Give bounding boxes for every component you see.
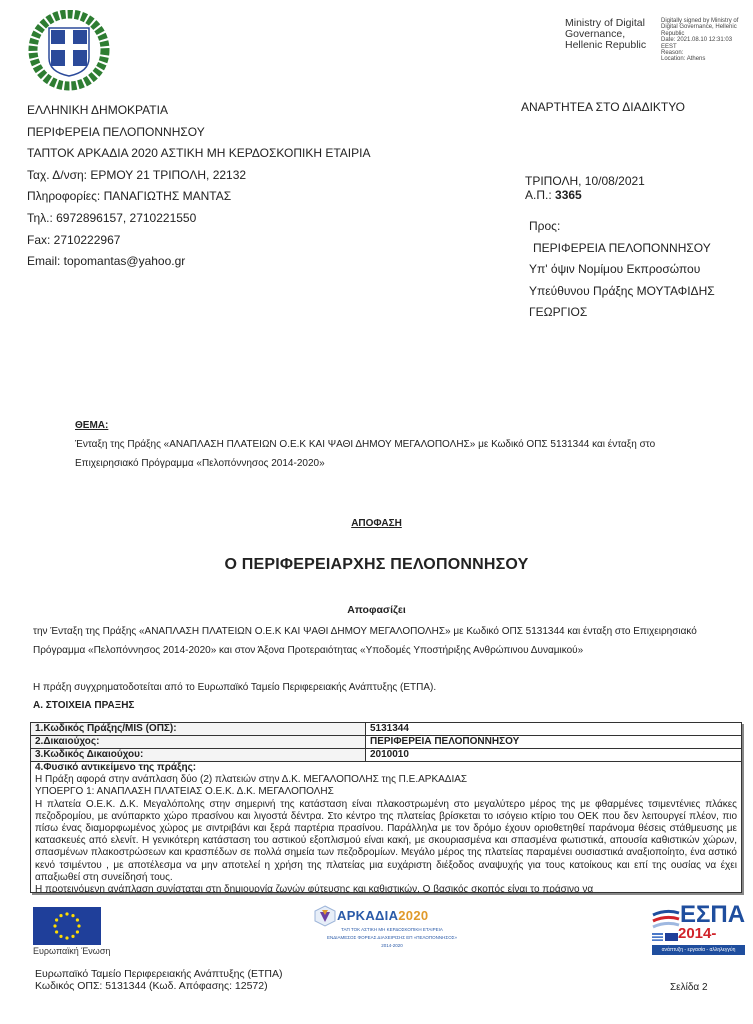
table-row: 2.Δικαιούχος: ΠΕΡΙΦΕΡΕΙΑ ΠΕΛΟΠΟΝΝΗΣΟΥ [31,736,741,749]
organization-line: ΤΑΠΤΟΚ ΑΡΚΑΔΙΑ 2020 ΑΣΤΙΚΗ ΜΗ ΚΕΡΔΟΣΚΟΠΙ… [27,143,370,165]
sender-letterhead: ΕΛΛΗΝΙΚΗ ΔΗΜΟΚΡΑΤΙΑ ΠΕΡΙΦΕΡΕΙΑ ΠΕΛΟΠΟΝΝΗ… [27,100,370,273]
eu-label: Ευρωπαϊκή Ένωση [33,946,110,956]
code-line: Κωδικός ΟΠΣ: 5131344 (Κωδ. Απόφασης: 125… [35,980,283,992]
cofunding-note: Η πράξη συγχρηματοδοτείται από το Ευρωπα… [33,682,436,693]
page-number: Σελίδα 2 [670,982,708,993]
digital-signature: Ministry of Digital Governance, Hellenic… [565,18,753,63]
fund-line: Ευρωπαϊκό Ταμείο Περιφερειακής Ανάπτυξης… [35,968,283,980]
protocol-number: 3365 [555,188,582,202]
table-row: 3.Κωδικός Δικαιούχου: 2010010 [31,749,741,762]
posting-note: ΑΝΑΡΤΗΤΕΑ ΣΤΟ ΔΙΑΔΙΚΤΥΟ [521,100,685,114]
signer-name: Ministry of Digital Governance, Hellenic… [565,18,655,63]
email-line: Email: topomantas@yahoo.gr [27,251,370,273]
eu-flag-icon [33,907,101,945]
row-value: 2010010 [366,749,741,761]
recipient-line: Υπ' όψιν Νομίμου Εκπροσώπου [529,259,715,281]
object-line: Η Πράξη αφορά στην ανάπλαση δύο (2) πλατ… [35,774,737,786]
section-a-heading: Α. ΣΤΟΙΧΕΙΑ ΠΡΑΞΗΣ [33,700,134,711]
decides-label: Αποφασίζει [0,604,753,616]
recipient-block: Προς: ΠΕΡΙΦΕΡΕΙΑ ΠΕΛΟΠΟΝΝΗΣΟΥ Υπ' όψιν Ν… [529,216,715,324]
table-row: 1.Κωδικός Πράξης/MIS (ΟΠΣ): 5131344 [31,723,741,736]
arkadia-mark-icon [314,905,336,927]
row-key: 2.Δικαιούχος: [31,736,366,748]
fax-line: Fax: 2710222967 [27,230,370,252]
phone-line: Τηλ.: 6972896157, 2710221550 [27,208,370,230]
recipient-line: ΓΕΩΡΓΙΟΣ [529,302,715,324]
address-line: Ταχ. Δ/νση: ΕΡΜΟΥ 21 ΤΡΙΠΟΛΗ, 22132 [27,165,370,187]
protocol-number-line: Α.Π.: 3365 [525,188,645,202]
signature-details: Digitally signed by Ministry of Digital … [661,18,753,63]
recipient-line: ΠΕΡΙΦΕΡΕΙΑ ΠΕΛΟΠΟΝΝΗΣΟΥ [529,238,715,260]
decision-body: την Ένταξη της Πράξης «ΑΝΑΠΛΑΣΗ ΠΛΑΤΕΙΩΝ… [33,622,738,660]
decision-authority: Ο ΠΕΡΙΦΕΡΕΙΑΡΧΗΣ ΠΕΛΟΠΟΝΝΗΣΟΥ [0,556,753,574]
recipient-label: Προς: [529,216,715,238]
contact-person-line: Πληροφορίες: ΠΑΝΑΓΙΩΤΗΣ ΜΑΝΤΑΣ [27,186,370,208]
row-key: 3.Κωδικός Δικαιούχου: [31,749,366,761]
espa-swoosh-icon [652,909,680,931]
footer-fund-info: Ευρωπαϊκό Ταμείο Περιφερειακής Ανάπτυξης… [35,968,283,992]
country-line: ΕΛΛΗΝΙΚΗ ΔΗΜΟΚΡΑΤΙΑ [27,100,370,122]
row-value: ΠΕΡΙΦΕΡΕΙΑ ΠΕΛΟΠΟΝΝΗΣΟΥ [366,736,741,748]
row-value: 5131344 [366,723,741,735]
object-heading: 4.Φυσικό αντικείμενο της πράξης: [35,762,737,774]
object-line: Η πλατεία Ο.Ε.Κ. Δ.Κ. Μεγαλόπολης στην σ… [35,799,737,884]
region-line: ΠΕΡΙΦΕΡΕΙΑ ΠΕΛΟΠΟΝΝΗΣΟΥ [27,122,370,144]
object-line: ΥΠΟΕΡΓΟ 1: ΑΝΑΠΛΑΣΗ ΠΛΑΤΕΙΑΣ Ο.Ε.Κ. Δ.Κ.… [35,786,737,798]
place-date: ΤΡΙΠΟΛΗ, 10/08/2021 [525,174,645,188]
hellenic-republic-emblem-icon [27,10,111,94]
subject-block: ΘΕΜΑ: Ένταξη της Πράξης «ΑΝΑΠΛΑΣΗ ΠΛΑΤΕΙ… [75,416,715,473]
decision-heading: ΑΠΟΦΑΣΗ [0,518,753,529]
subject-label: ΘΕΜΑ: [75,416,715,435]
flags-icon [652,933,678,941]
date-protocol: ΤΡΙΠΟΛΗ, 10/08/2021 Α.Π.: 3365 [525,174,645,202]
eu-stars-icon [33,907,101,945]
physical-object-cell: 4.Φυσικό αντικείμενο της πράξης: Η Πράξη… [31,762,741,892]
row-key: 1.Κωδικός Πράξης/MIS (ΟΠΣ): [31,723,366,735]
subject-text: Ένταξη της Πράξης «ΑΝΑΠΛΑΣΗ ΠΛΑΤΕΙΩΝ Ο.Ε… [75,435,715,473]
project-details-table: 1.Κωδικός Πράξης/MIS (ΟΠΣ): 5131344 2.Δι… [30,722,742,893]
object-line: Η προτεινόμενη ανάπλαση συνίσταται στη δ… [35,884,737,892]
recipient-line: Υπεύθυνου Πράξης ΜΟΥΤΑΦΙΔΗΣ [529,281,715,303]
